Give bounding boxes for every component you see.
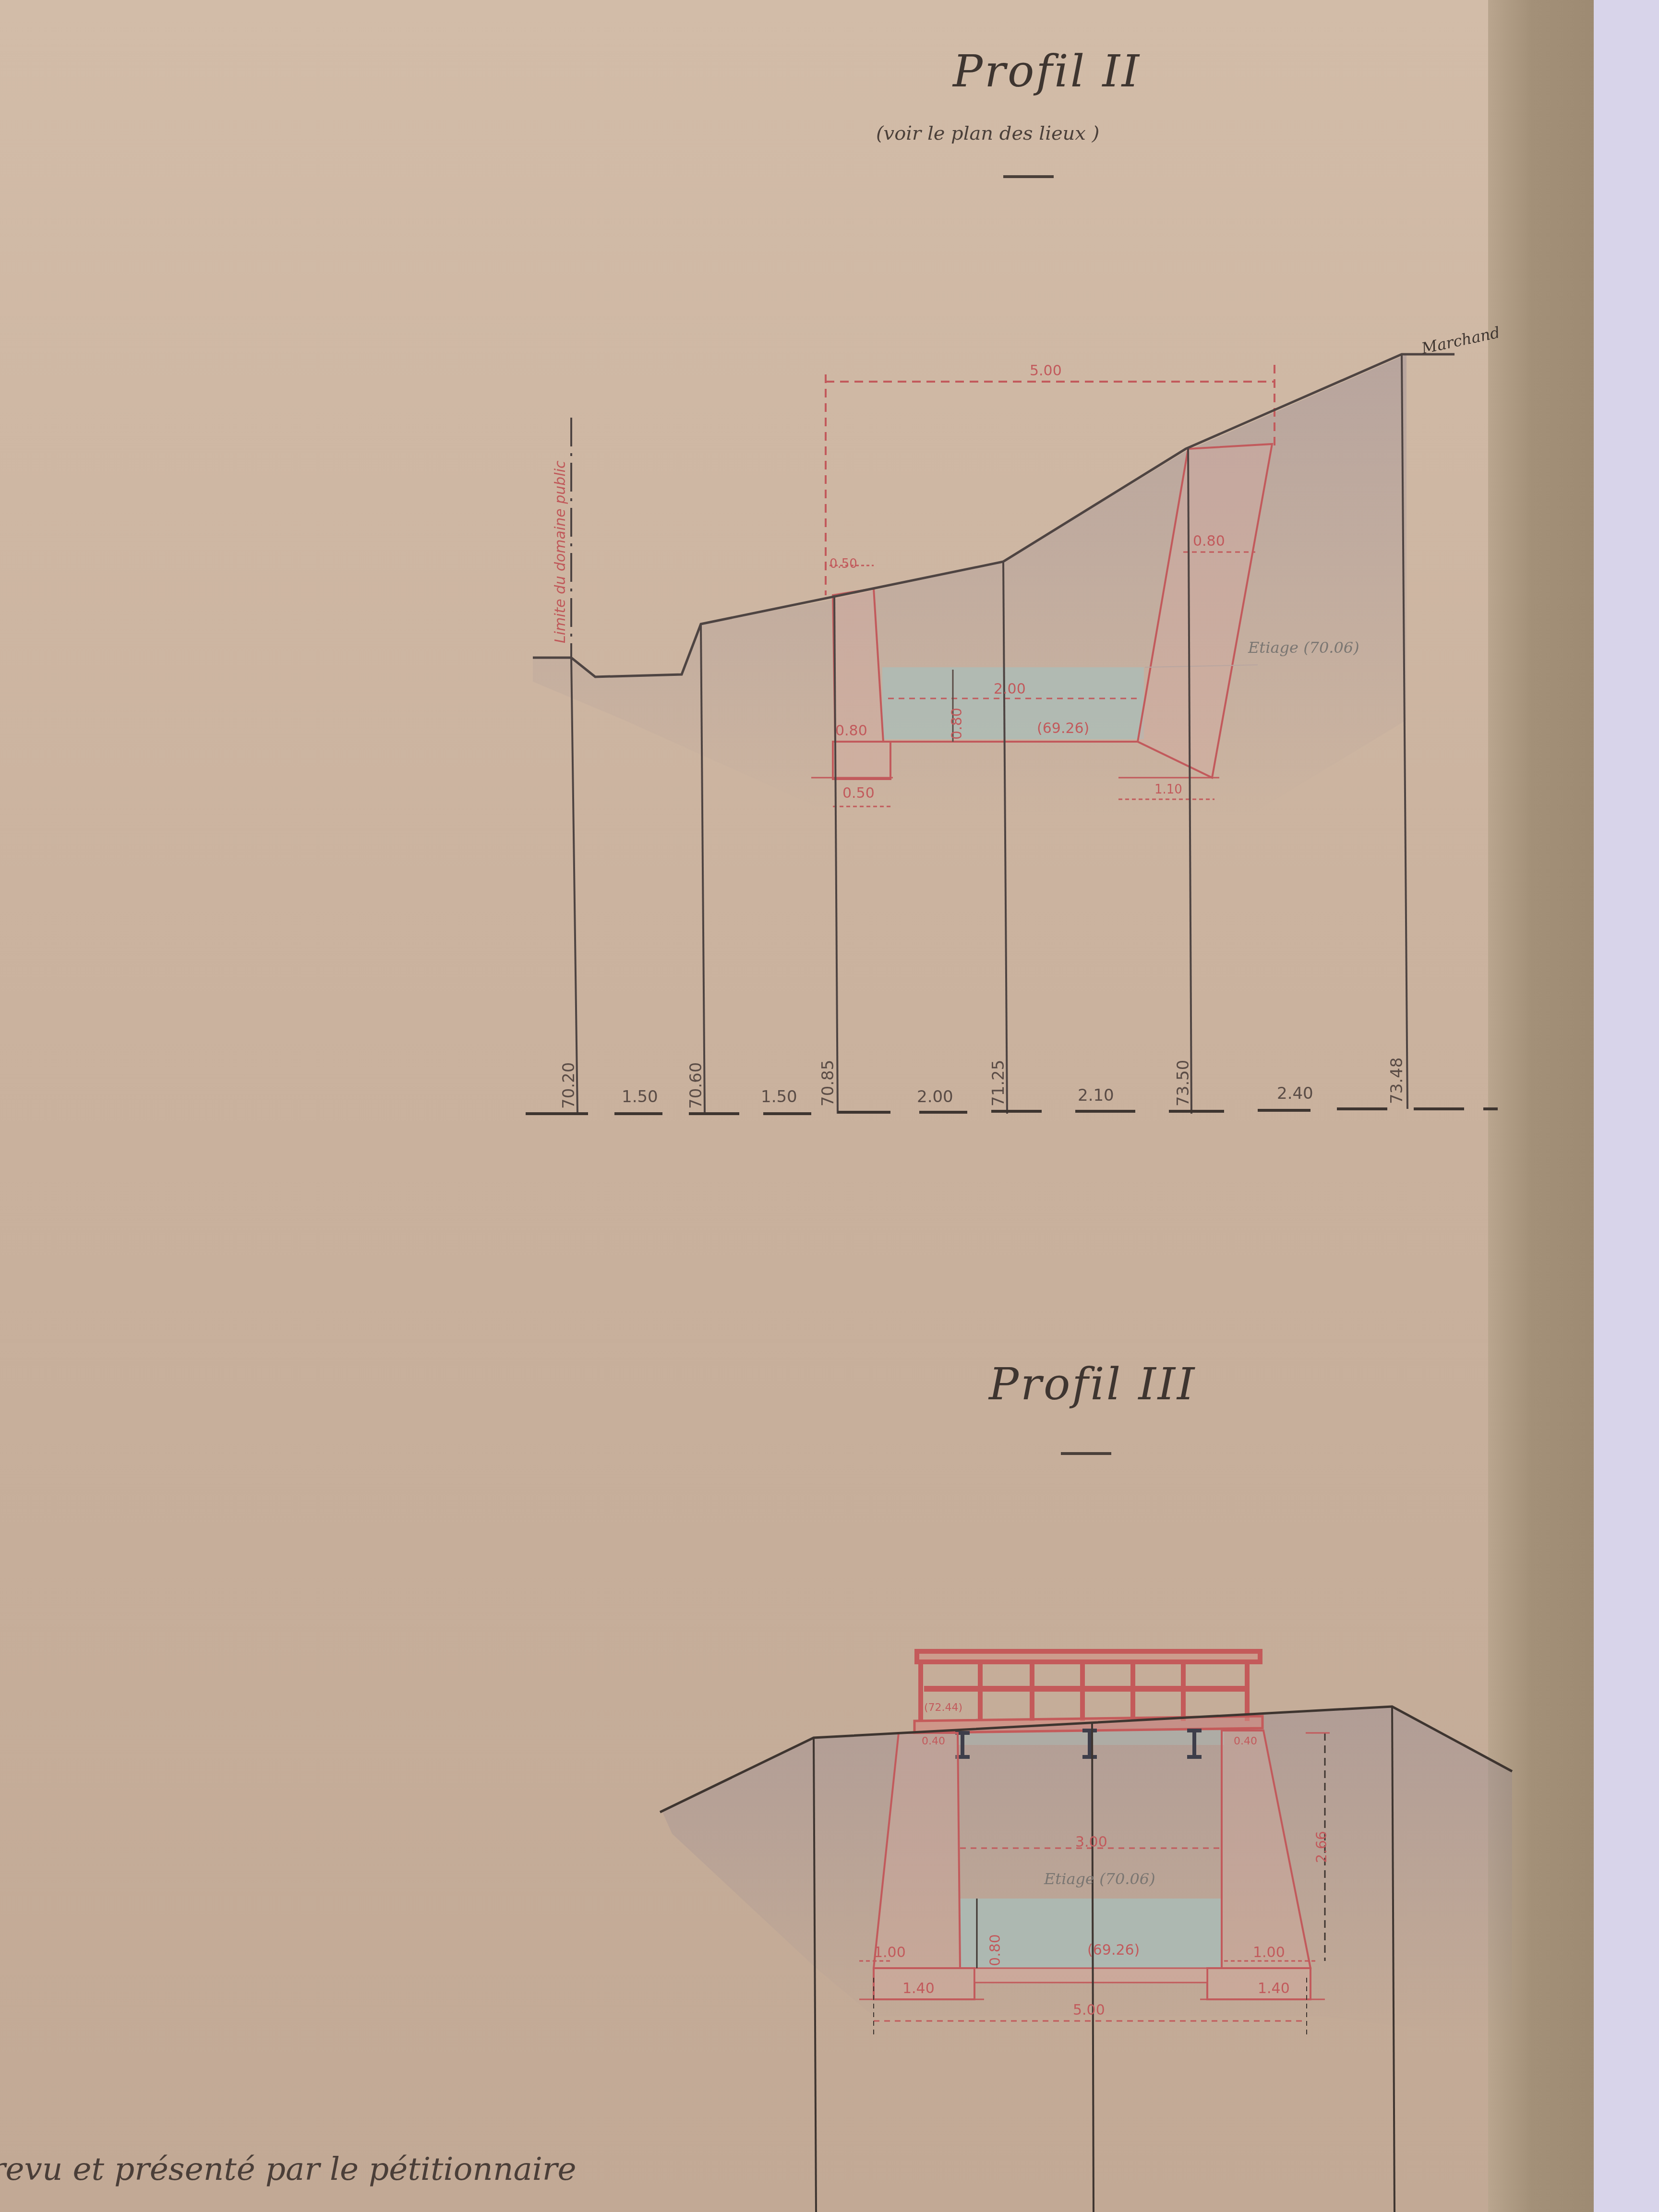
elevation-label: 73.50 (1174, 1060, 1193, 1106)
profil-2-title: Profil II (953, 46, 1141, 97)
dim-left-wall-top: 0.50 (829, 557, 857, 571)
dim-water-depth-3: 0.80 (987, 1934, 1004, 1966)
bridge-railing (917, 1651, 1260, 1721)
etiage-label-2: Etiage (70.06) (1248, 638, 1359, 657)
dim-right-base: 1.40 (1258, 1980, 1290, 1997)
elevation-label: 70.20 (559, 1062, 578, 1109)
dim-left-offset: 1.00 (874, 1944, 906, 1961)
distance-label: 1.50 (761, 1087, 797, 1106)
signature-note: revu et présenté par le pétitionnaire (0, 2151, 576, 2188)
profil-2-subtitle: (voir le plan des lieux ) (876, 122, 1099, 144)
dim-left-base: 1.40 (902, 1980, 935, 1997)
etiage-label-3: Etiage (70.06) (1044, 1870, 1155, 1888)
elevation-label: 70.60 (686, 1062, 706, 1109)
dim-bed-level-3: (69.26) (1087, 1942, 1140, 1959)
dim-overall-width: 5.00 (1030, 362, 1062, 379)
dim-inner-width: 3.00 (1075, 1834, 1107, 1851)
dim-left-footing: 0.50 (842, 785, 875, 802)
distance-label: 2.40 (1277, 1084, 1313, 1103)
profil-3-drawing (660, 1651, 1512, 2212)
dim-overall-base: 5.00 (1073, 2002, 1105, 2019)
dim-height: 2.66 (1313, 1831, 1330, 1863)
dim-left-wall-base: 0.80 (835, 722, 867, 739)
dim-right-footing: 1.10 (1154, 782, 1182, 797)
baseline (526, 1109, 1498, 1114)
elevation-label: 71.25 (989, 1060, 1008, 1106)
dim-bed-level: (69.26) (1037, 720, 1089, 737)
elevation-label: 73.48 (1387, 1058, 1407, 1104)
profil-3-title-rule (1061, 1452, 1111, 1455)
dim-deck-level: (72.44) (924, 1702, 962, 1714)
dim-right-offset: 1.00 (1253, 1944, 1285, 1961)
dim-channel-width: 2.00 (994, 681, 1026, 697)
limit-label: Limite du domaine public (552, 460, 569, 643)
dim-small-left: 0.40 (922, 1735, 945, 1747)
dim-small-right: 0.40 (1234, 1735, 1257, 1747)
dim-right-wall-mid: 0.80 (1193, 533, 1225, 550)
profil-2-drawing (526, 354, 1498, 1114)
distance-label: 2.10 (1078, 1086, 1114, 1105)
profil-3-title: Profil III (989, 1358, 1196, 1410)
distance-label: 2.00 (917, 1087, 953, 1106)
water-fill (882, 667, 1144, 739)
elevation-label: 70.85 (818, 1060, 838, 1106)
distance-label: 1.50 (622, 1087, 658, 1106)
dim-water-depth: 0.80 (949, 708, 965, 740)
profil-2-title-rule (1003, 175, 1054, 178)
